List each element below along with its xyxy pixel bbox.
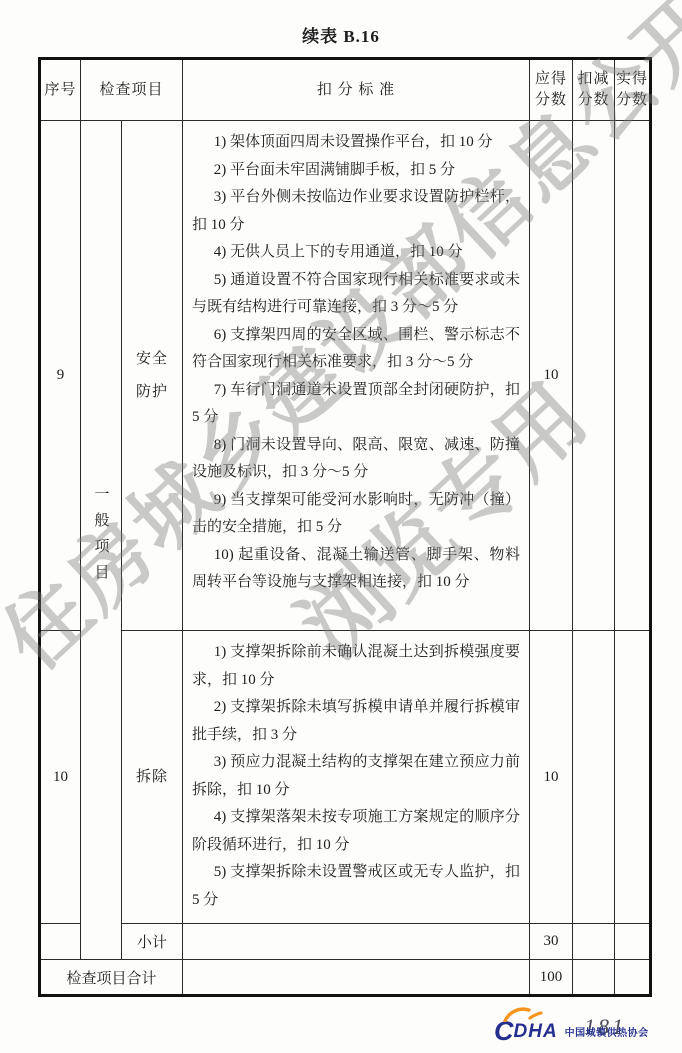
subtotal-row: 小计 30 [40,924,651,960]
cdha-logo-mark: CDHA [494,1007,558,1043]
item-label: 安全防护 [136,343,169,409]
deduction-item: 4) 支撑架落架未按专项施工方案规定的顺序分阶段循环进行，扣 10 分 [192,804,520,859]
deduction-item: 3) 平台外侧未按临边作业要求设置防护栏杆，扣 10 分 [192,184,520,239]
header-criteria: 扣 分 标 准 [183,59,530,121]
subtotal-due-cell: 30 [530,924,573,960]
header-due-score: 应得分数 [530,59,573,121]
deduction-item: 1) 支撑架拆除前未确认混凝土达到拆模强度要求，扣 10 分 [192,639,520,694]
category-cell: 一般项目 [81,121,122,960]
inspection-score-table: 序号 检查项目 扣 分 标 准 应得分数 扣减分数 实得分数 9 一般项目 安全… [38,57,652,997]
serial-cell [40,924,81,960]
deduction-item: 6) 支撑架四周的安全区域、围栏、警示标志不符合国家现行相关标准要求，扣 3 分… [192,322,520,377]
due-score-cell: 10 [530,121,573,631]
logo-association-name: 中国城镇供热协会 [565,1024,649,1044]
subtotal-deducted-cell [573,924,615,960]
criteria-cell: 1) 支撑架拆除前未确认混凝土达到拆模强度要求，扣 10 分2) 支撑架拆除未填… [183,631,530,924]
cdha-association-logo: CDHA 中国城镇供热协会 [494,1006,649,1044]
serial-cell: 10 [40,631,81,924]
criteria-list: 1) 架体顶面四周未设置操作平台，扣 10 分2) 平台面未牢固满铺脚手板，扣 … [192,129,520,626]
deduction-item: 4) 无供人员上下的专用通道，扣 10 分 [192,239,520,267]
deduction-item: 2) 支撑架拆除未填写拆模申请单并履行拆模审批手续，扣 3 分 [192,694,520,749]
subtotal-actual-cell [615,924,651,960]
category-label: 一般项目 [91,486,112,590]
criteria-list: 1) 支撑架拆除前未确认混凝土达到拆模强度要求，扣 10 分2) 支撑架拆除未填… [192,639,520,919]
logo-arcs-icon [503,1007,543,1022]
serial-cell: 9 [40,121,81,631]
header-actual-score: 实得分数 [615,59,651,121]
table-header-row: 序号 检查项目 扣 分 标 准 应得分数 扣减分数 实得分数 [40,59,651,121]
table-row-10: 10 拆除 1) 支撑架拆除前未确认混凝土达到拆模强度要求，扣 10 分2) 支… [40,631,651,924]
page-title: 续表 B.16 [0,22,682,47]
item-cell: 安全防护 [122,121,183,631]
total-label-cell: 检查项目合计 [40,960,183,996]
deduction-item: 7) 车行门洞通道未设置顶部全封闭硬防护，扣 5 分 [192,377,520,432]
deduction-item: 5) 通道设置不符合国家现行相关标准要求或未与既有结构进行可靠连接，扣 3 分～… [192,267,520,322]
deduction-item: 10) 起重设备、混凝土输送管、脚手架、物料周转平台等设施与支撑架相连接，扣 1… [192,542,520,597]
criteria-cell [183,924,530,960]
criteria-cell: 1) 架体顶面四周未设置操作平台，扣 10 分2) 平台面未牢固满铺脚手板，扣 … [183,121,530,631]
actual-score-cell [615,631,651,924]
total-due-cell: 100 [530,960,573,996]
header-item: 检查项目 [81,59,183,121]
due-score-cell: 10 [530,631,573,924]
deduction-item: 3) 预应力混凝土结构的支撑架在建立预应力前拆除，扣 10 分 [192,749,520,804]
deducted-score-cell [573,121,615,631]
header-serial: 序号 [40,59,81,121]
subtotal-label-cell: 小计 [122,924,183,960]
deduction-item: 2) 平台面未牢固满铺脚手板，扣 5 分 [192,157,520,185]
deduction-item: 8) 门洞未设置导向、限高、限宽、减速、防撞设施及标识，扣 3 分～5 分 [192,432,520,487]
deduction-item: 9) 当支撑架可能受河水影响时，无防冲（撞）击的安全措施，扣 5 分 [192,487,520,542]
deduction-item: 1) 架体顶面四周未设置操作平台，扣 10 分 [192,129,520,157]
table-row-9: 9 一般项目 安全防护 1) 架体顶面四周未设置操作平台，扣 10 分2) 平台… [40,121,651,631]
header-deducted-score: 扣减分数 [573,59,615,121]
criteria-cell [183,960,530,996]
deducted-score-cell [573,631,615,924]
total-row: 检查项目合计 100 [40,960,651,996]
deduction-item: 5) 支撑架拆除未设置警戒区或无专人监护，扣 5 分 [192,859,520,914]
item-label: 拆除 [136,761,169,794]
item-cell: 拆除 [122,631,183,924]
logo-c-glyph: C [494,1019,514,1043]
logo-acronym: DHA [514,1021,558,1043]
total-deducted-cell [573,960,615,996]
total-actual-cell [615,960,651,996]
actual-score-cell [615,121,651,631]
